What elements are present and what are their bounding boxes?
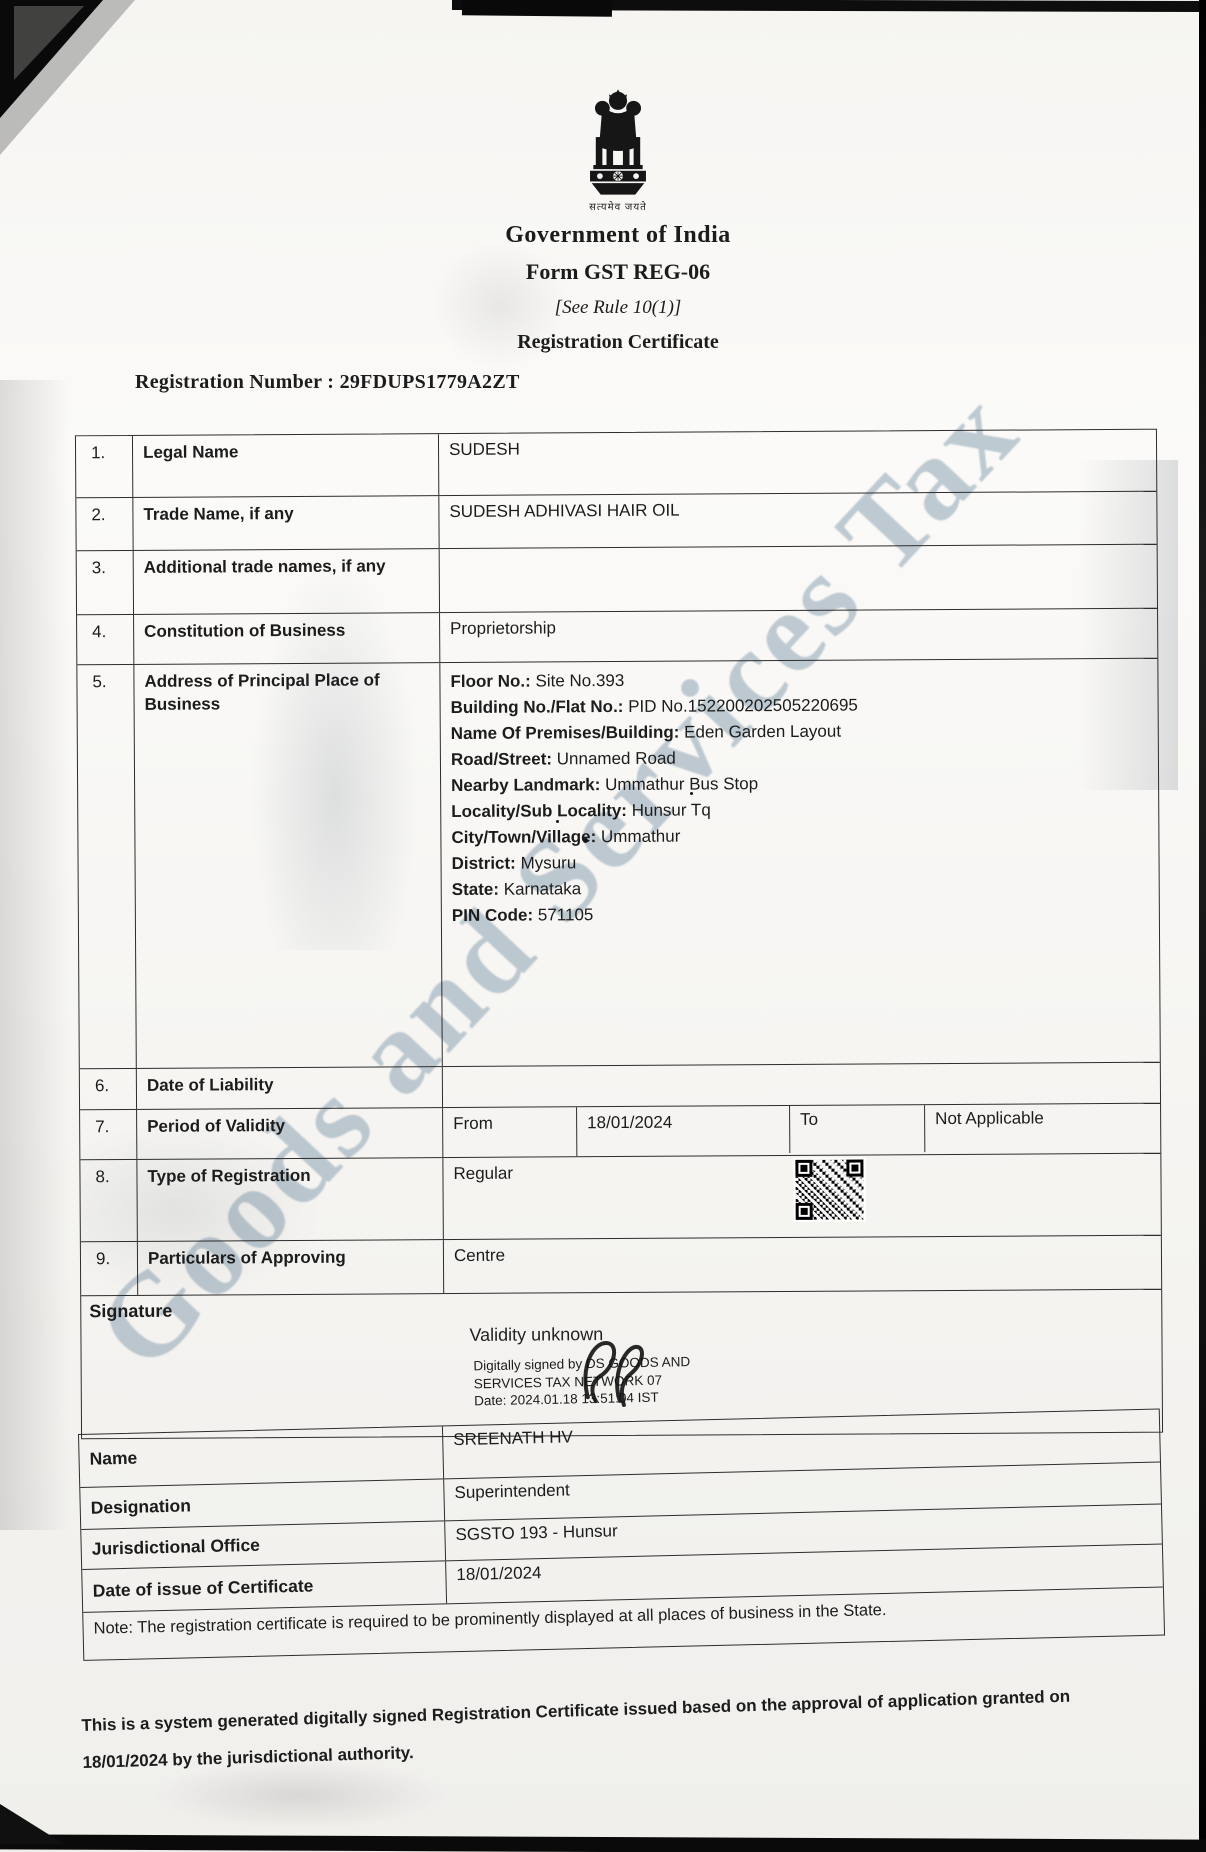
india-national-emblem-icon <box>581 86 655 198</box>
table-row-particulars-of-approving: 9. Particulars of Approving Centre <box>81 1236 1161 1297</box>
registration-type-value: Regular <box>453 1164 513 1183</box>
table-row-legal-name: 1. Legal Name SUDESH <box>76 430 1156 499</box>
address-field-label: Floor No.: <box>450 672 530 691</box>
address-field-value: Unnamed Road <box>557 749 676 769</box>
scan-edge-top-blob <box>462 0 612 17</box>
address-field-value: Site No.393 <box>535 671 624 691</box>
scan-corner-highlight <box>14 6 84 80</box>
row-number: 4. <box>77 615 134 664</box>
scan-edge-right <box>1199 0 1206 1852</box>
validity-to-value: Not Applicable <box>924 1104 1160 1152</box>
qr-code <box>795 1160 863 1220</box>
registration-number-label: Registration Number : <box>135 371 334 393</box>
row-label: Particulars of Approving <box>138 1240 444 1295</box>
row-value: SUDESH <box>439 430 1156 495</box>
row-number: 9. <box>81 1242 138 1295</box>
rule-reference: [See Rule 10(1)] <box>208 297 1028 319</box>
satyameva-jayate-motto: सत्यमेव जयते <box>548 199 688 213</box>
address-field-label: District: <box>452 854 516 873</box>
address-field-value: PID No.152200202505220695 <box>628 696 858 716</box>
validity-to-label: To <box>789 1104 924 1153</box>
scan-edge-bottom <box>0 1834 1206 1852</box>
address-field-label: PIN Code: <box>452 906 533 925</box>
address-field-value: 571105 <box>538 905 594 924</box>
row-value: Regular <box>443 1154 1160 1239</box>
table-row-constitution: 4. Constitution of Business Proprietorsh… <box>77 609 1157 666</box>
scan-speck <box>690 792 693 795</box>
table-row-date-of-liability: 6. Date of Liability <box>80 1063 1160 1111</box>
row-value <box>440 545 1157 612</box>
signature-scribble-icon <box>573 1329 652 1413</box>
registration-number: Registration Number : 29FDUPS1779A2ZT <box>135 371 520 394</box>
row-label: Date of issue of Certificate <box>82 1561 447 1612</box>
row-label: Period of Validity <box>137 1108 443 1159</box>
table-row-period-of-validity: 7. Period of Validity From 18/01/2024 To… <box>80 1104 1160 1161</box>
certificate-title: Registration Certificate <box>208 331 1028 354</box>
row-label: Date of Liability <box>137 1067 443 1109</box>
row-number: 2. <box>76 498 133 550</box>
validity-from-date: 18/01/2024 <box>576 1106 789 1156</box>
address-field-label: Nearby Landmark: <box>451 775 600 795</box>
row-number: 3. <box>77 551 134 614</box>
row-number: 7. <box>80 1110 137 1159</box>
row-label: Trade Name, if any <box>133 496 439 550</box>
scan-corner-artifact <box>0 0 103 118</box>
row-number: 5. <box>77 665 136 1068</box>
qr-finder-pattern <box>796 1203 813 1220</box>
address-field-value: Hunsur Tq <box>632 800 711 819</box>
row-value <box>443 1063 1160 1107</box>
scan-speck <box>556 820 559 823</box>
table-row-trade-name: 2. Trade Name, if any SUDESH ADHIVASI HA… <box>76 492 1156 552</box>
row-label: Legal Name <box>133 434 439 497</box>
signature-label: Signature <box>89 1301 172 1323</box>
row-value: Proprietorship <box>440 609 1157 662</box>
table-row-additional-trade-names: 3. Additional trade names, if any <box>77 545 1157 616</box>
table-row-principal-address: 5. Address of Principal Place of Busines… <box>77 659 1159 1070</box>
row-label: Name <box>79 1426 444 1487</box>
address-line-pincode: PIN Code: 571105 <box>452 899 1149 929</box>
form-title: Form GST REG-06 <box>208 259 1028 285</box>
address-field-value: Mysuru <box>520 853 576 872</box>
scan-corner-shadow <box>0 0 135 155</box>
address-field-value: Ummathur Bus Stop <box>605 774 758 794</box>
registration-number-value: 29FDUPS1779A2ZT <box>340 371 520 393</box>
row-label: Type of Registration <box>137 1158 443 1241</box>
officer-details-table: Name SREENATH HV Designation Superintend… <box>78 1409 1165 1661</box>
government-title: Government of India <box>208 222 1028 249</box>
row-label: Additional trade names, if any <box>134 549 440 614</box>
row-number: 1. <box>76 436 133 497</box>
footer-statement: This is a system generated digitally sig… <box>81 1677 1123 1781</box>
validity-from-label: From <box>443 1107 576 1157</box>
scan-corner-bottom-left <box>0 1804 64 1844</box>
address-field-label: Name Of Premises/Building: <box>451 723 680 743</box>
address-field-label: State: <box>452 880 499 899</box>
address-field-value: Ummathur <box>601 827 680 846</box>
table-row-type-of-registration: 8. Type of Registration Regular <box>80 1154 1160 1243</box>
row-label: Designation <box>80 1479 445 1529</box>
note-text: Note: The registration certificate is re… <box>93 1601 887 1660</box>
row-label: Constitution of Business <box>134 613 440 664</box>
row-number: 6. <box>80 1069 137 1109</box>
row-label: Address of Principal Place of Business <box>134 663 442 1068</box>
address-field-value: Eden Garden Layout <box>684 722 841 742</box>
qr-finder-pattern <box>795 1160 812 1177</box>
qr-finder-pattern <box>846 1160 863 1177</box>
scan-edge-top <box>452 0 1206 12</box>
scan-speck <box>583 838 588 843</box>
address-field-label: City/Town/Village: <box>451 827 596 847</box>
row-number: 8. <box>80 1160 137 1241</box>
address-field-label: Building No./Flat No.: <box>451 697 624 717</box>
address-field-value: Karnataka <box>504 879 582 898</box>
address-block: Floor No.: Site No.393 Building No./Flat… <box>440 659 1159 1066</box>
address-field-label: Road/Street: <box>451 749 552 769</box>
registration-details-table: 1. Legal Name SUDESH 2. Trade Name, if a… <box>75 429 1163 1440</box>
row-value: SUDESH ADHIVASI HAIR OIL <box>439 492 1156 548</box>
row-value: Centre <box>444 1236 1161 1293</box>
address-field-label: Locality/Sub Locality: <box>451 801 627 821</box>
